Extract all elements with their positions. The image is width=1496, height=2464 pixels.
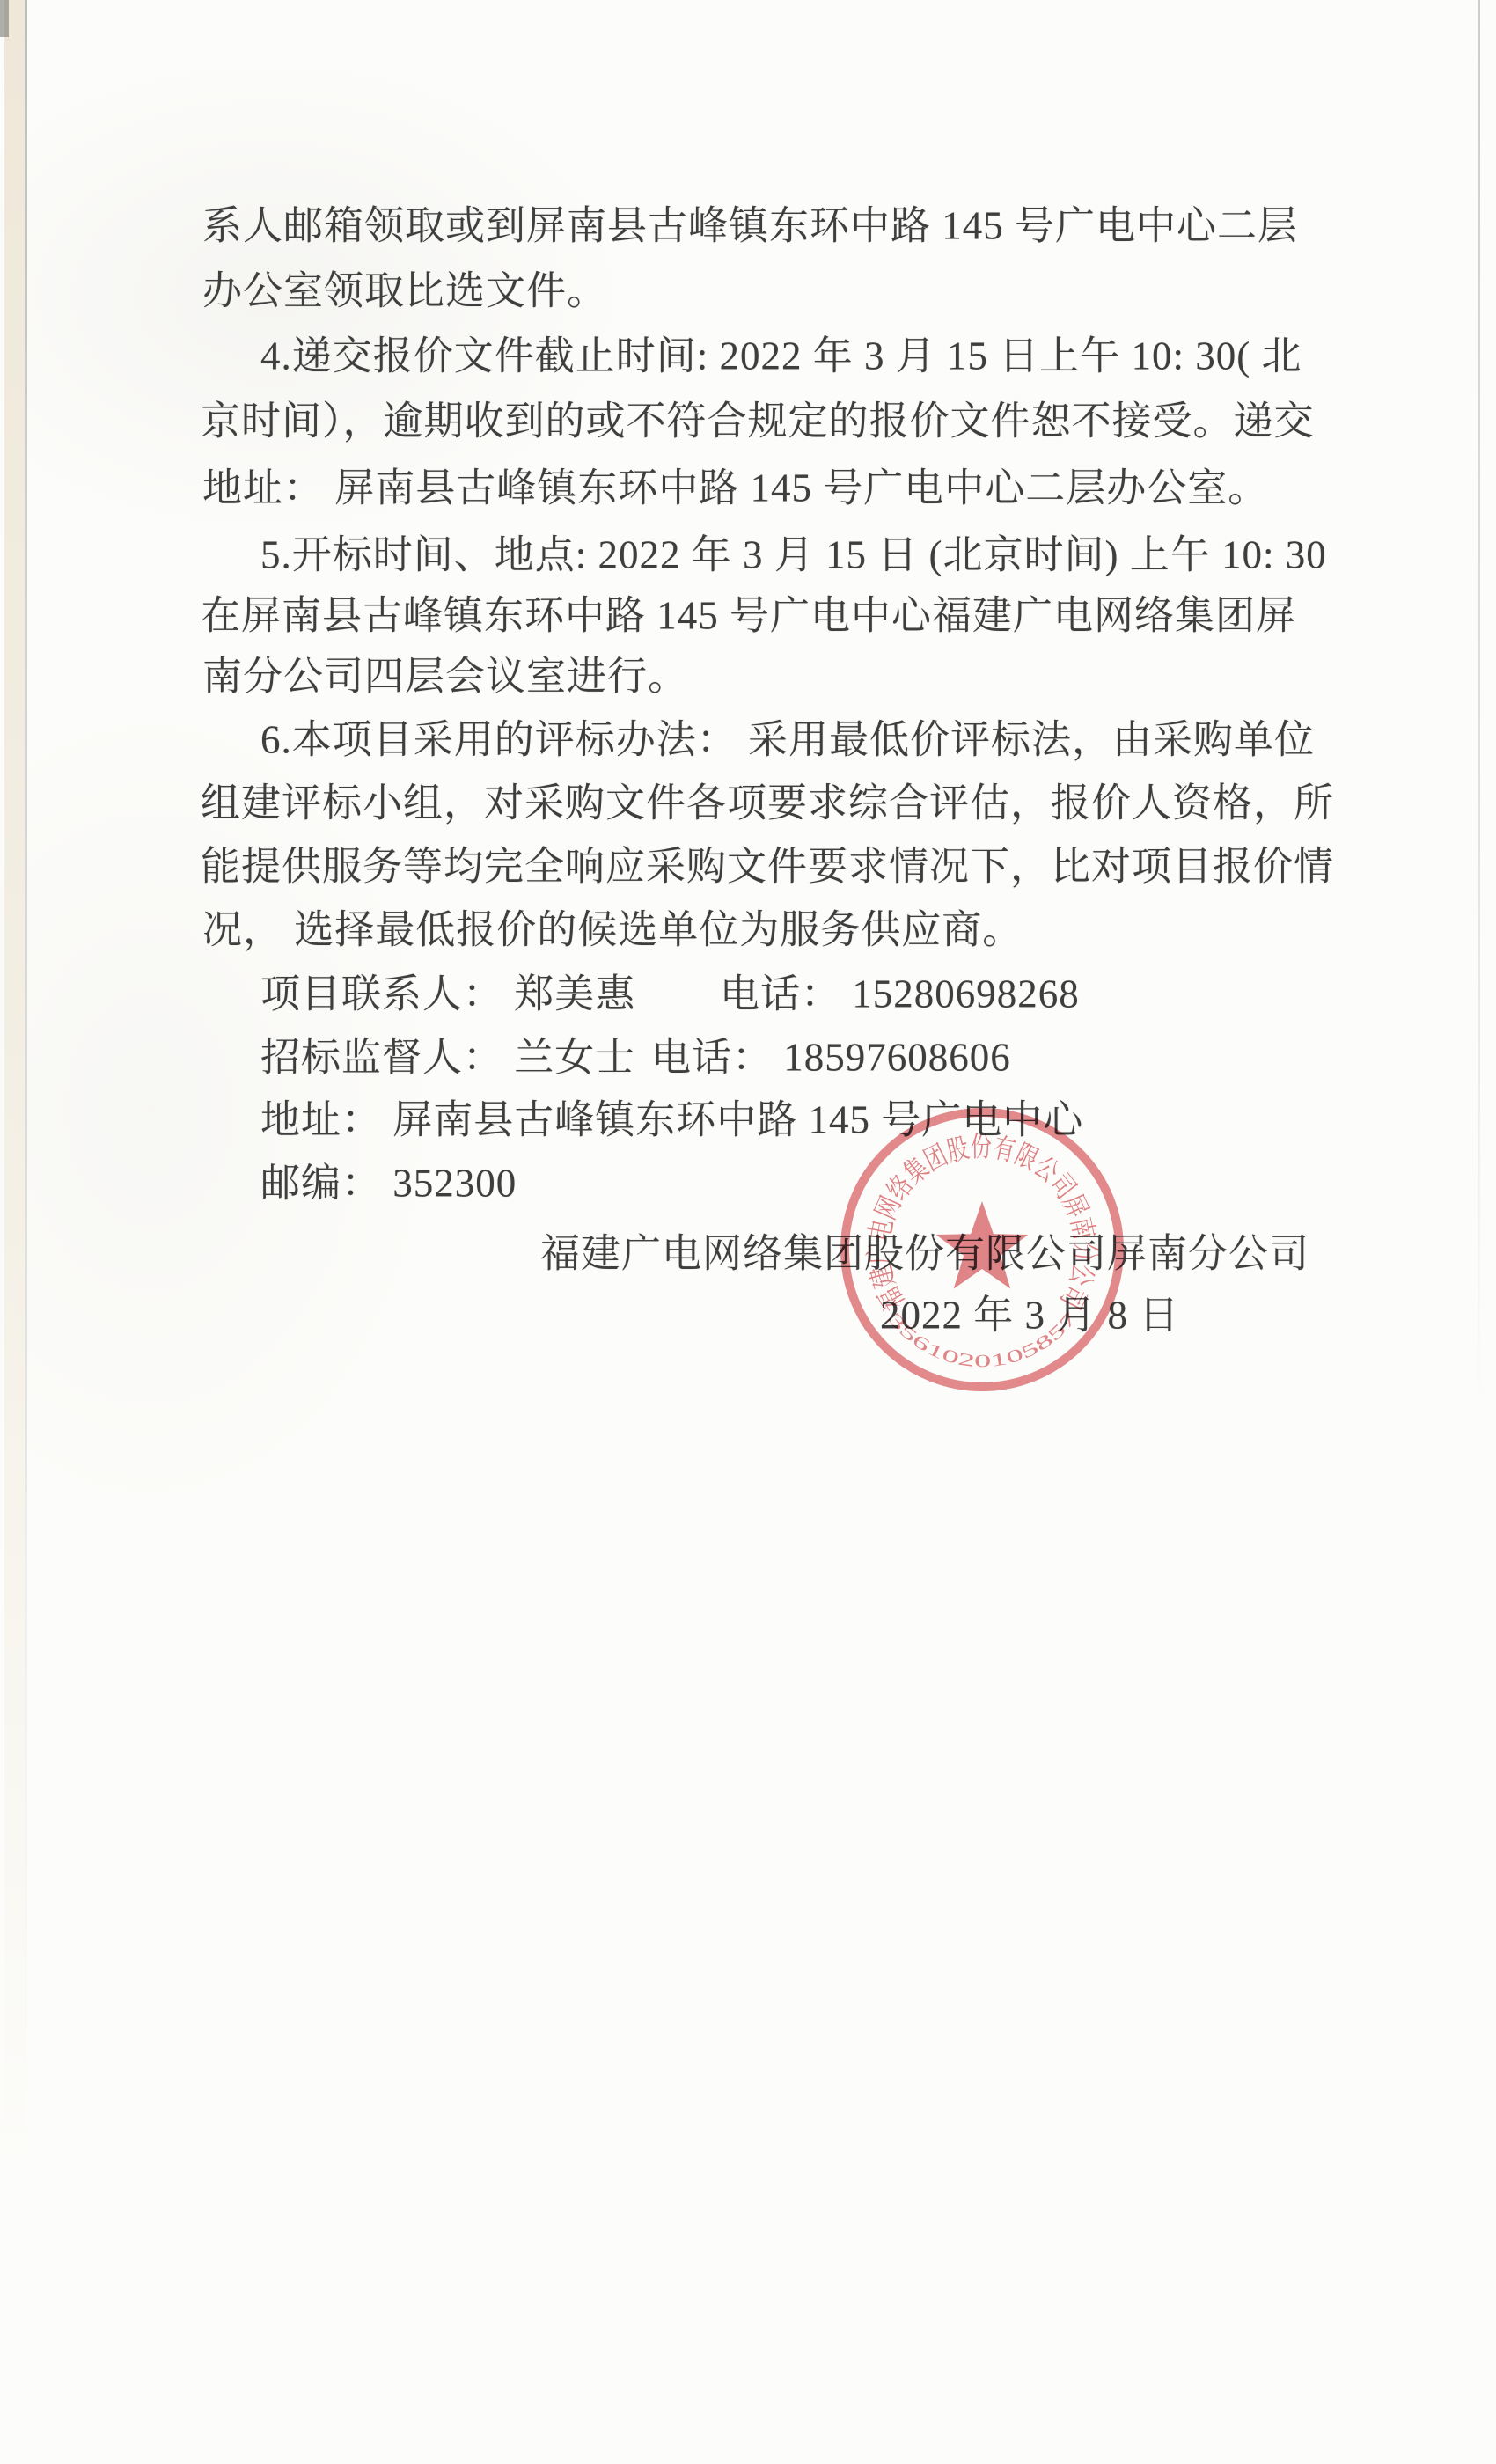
seal-serial-number: 3561020105857 xyxy=(884,1308,1081,1371)
contact-phone: 电话： 18597608606 xyxy=(651,1025,1011,1082)
body-line: 能提供服务等均完全响应采购文件要求情况下，比对项目报价情 xyxy=(201,834,1334,891)
page-left-edge-line xyxy=(25,0,27,2112)
body-line-item4: 4.递交报价文件截止时间: 2022 年 3 月 15 日上午 10: 30( … xyxy=(260,324,1302,381)
body-line-item5: 5.开标时间、地点: 2022 年 3 月 15 日 (北京时间) 上午 10:… xyxy=(260,523,1327,580)
contact-phone: 电话： 15280698268 xyxy=(720,962,1080,1019)
postcode-line: 邮编： 352300 xyxy=(260,1151,517,1208)
contact-row-project: 项目联系人： 郑美惠 电话： 15280698268 xyxy=(260,962,635,1019)
contact-name: 招标监督人： 兰女士 xyxy=(260,1036,635,1080)
body-line: 京时间），逾期收到的或不符合规定的报价文件恕不接受。递交 xyxy=(201,389,1315,446)
seal-star-icon xyxy=(936,1201,1029,1289)
body-line: 地址： 屏南县古峰镇东环中路 145 号广电中心二层办公室。 xyxy=(202,456,1268,513)
body-line: 办公室领取比选文件。 xyxy=(202,259,607,316)
page-left-margin-shade xyxy=(4,0,25,2182)
body-line: 组建评标小组，对采购文件各项要求综合评估，报价人资格，所 xyxy=(201,771,1334,828)
body-line-item6: 6.本项目采用的评标办法： 采用最低价评标法，由采购单位 xyxy=(260,708,1315,765)
body-line: 南分公司四层会议室进行。 xyxy=(202,644,688,701)
official-seal: 福建广电网络集团股份有限公司屏南分公司 3561020105857 xyxy=(832,1100,1132,1399)
body-line: 况， 选择最低报价的候选单位为服务供应商。 xyxy=(202,898,1023,955)
scan-corner-artifact xyxy=(0,0,9,37)
scanned-page: 系人邮箱领取或到屏南县古峰镇东环中路 145 号广电中心二层 办公室领取比选文件… xyxy=(0,0,1496,2464)
body-line: 系人邮箱领取或到屏南县古峰镇东环中路 145 号广电中心二层 xyxy=(202,194,1298,251)
contact-name: 项目联系人： 郑美惠 xyxy=(260,972,635,1016)
page-right-edge-line xyxy=(1478,0,1480,1408)
contact-row-supervisor: 招标监督人： 兰女士 电话： 18597608606 xyxy=(260,1025,635,1082)
body-line: 在屏南县古峰镇东环中路 145 号广电中心福建广电网络集团屏 xyxy=(201,583,1296,641)
